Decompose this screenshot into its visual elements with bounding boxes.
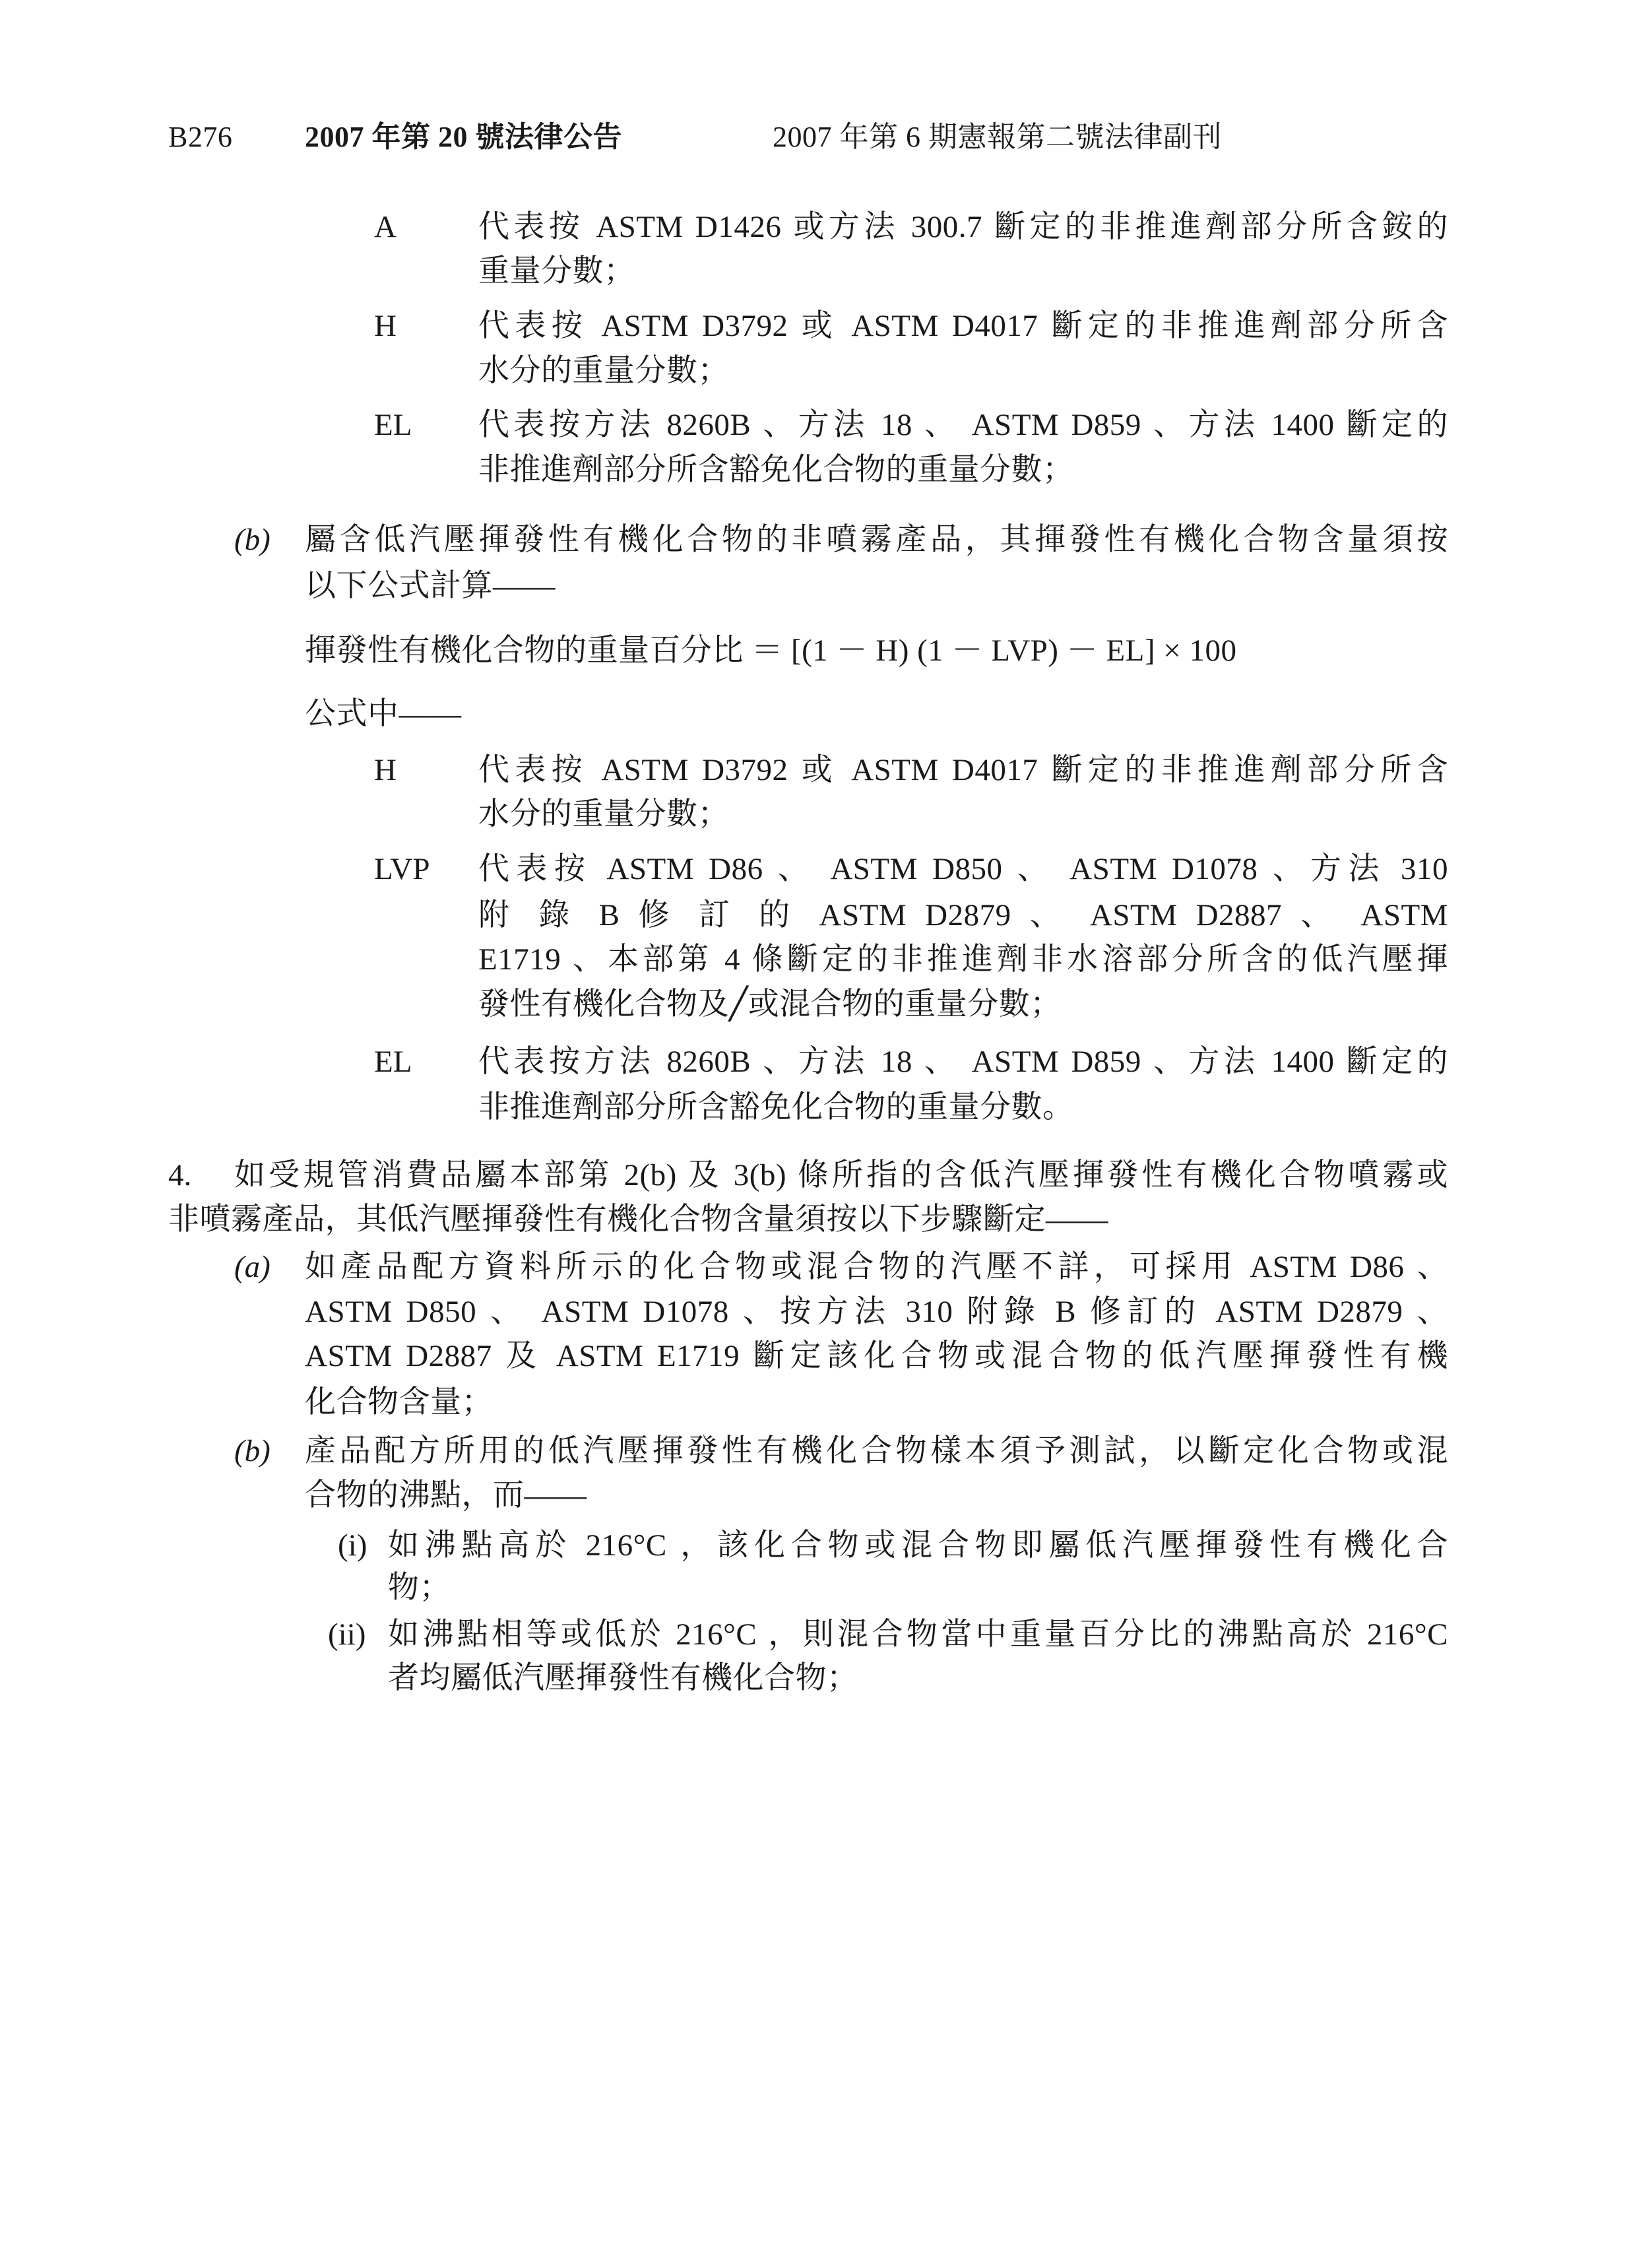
definition-text-line: 非推進劑部分所含豁免化合物的重量分數； bbox=[478, 450, 1074, 490]
definition-text-line: 水分的重量分數； bbox=[478, 794, 729, 834]
definition-text-line: 代表按方法 8260B 、方法 18 、 ASTM D859 、方法 1400 … bbox=[478, 1042, 1448, 1082]
definition-text-line: 代表按方法 8260B 、方法 18 、 ASTM D859 、方法 1400 … bbox=[478, 405, 1448, 445]
definition-text-line: 水分的重量分數； bbox=[478, 351, 729, 391]
subitem-text-line: 者均屬低汽壓揮發性有機化合物； bbox=[388, 1658, 858, 1698]
item-text-line: 如產品配方資料所示的化合物或混合物的汽壓不詳，可採用 ASTM D86 、 bbox=[305, 1247, 1448, 1287]
item-text-line: 產品配方所用的低汽壓揮發性有機化合物樣本須予測試，以斷定化合物或混 bbox=[305, 1431, 1448, 1471]
definition-label: EL bbox=[374, 1042, 412, 1082]
formula: 揮發性有機化合物的重量百分比 ＝ [(1 － H) (1 － LVP) － EL… bbox=[305, 631, 1237, 670]
definition-text-line: 重量分數； bbox=[478, 251, 635, 291]
subitem-text-line: 物； bbox=[388, 1568, 451, 1607]
definition-text-line: 附 錄 B 修 訂 的 ASTM D2879 、 ASTM D2887 、 AS… bbox=[478, 895, 1448, 935]
item-marker: (b) bbox=[234, 1431, 271, 1471]
subitem-text-line: 如沸點高於 216°C ，該化合物或混合物即屬低汽壓揮發性有機化合 bbox=[388, 1526, 1448, 1565]
definition-label: H bbox=[374, 306, 397, 346]
definition-text-line: 代表按 ASTM D86 、 ASTM D850 、 ASTM D1078 、方… bbox=[478, 849, 1448, 889]
subitem-text-line: 如沸點相等或低於 216°C ，則混合物當中重量百分比的沸點高於 216°C bbox=[388, 1615, 1448, 1654]
definition-text-line: 代表按 ASTM D3792 或 ASTM D4017 斷定的非推進劑部分所含 bbox=[478, 750, 1448, 790]
section-text-line: 如受規管消費品屬本部第 2(b) 及 3(b) 條所指的含低汽壓揮發性有機化合物… bbox=[234, 1155, 1448, 1195]
definition-label: A bbox=[374, 207, 397, 247]
definition-label: H bbox=[374, 750, 397, 790]
paragraph-marker: (b) bbox=[234, 520, 271, 560]
section-number: 4. bbox=[168, 1155, 191, 1195]
subitem-marker: (ii) bbox=[328, 1615, 366, 1654]
item-text-line: 化合物含量； bbox=[305, 1382, 493, 1422]
definition-text-line: 代表按 ASTM D3792 或 ASTM D4017 斷定的非推進劑部分所含 bbox=[478, 306, 1448, 346]
definition-label: LVP bbox=[374, 849, 430, 889]
item-text-line: ASTM D2887 及 ASTM E1719 斷定該化合物或混合物的低汽壓揮發… bbox=[305, 1336, 1448, 1376]
definition-text-line: 非推進劑部分所含豁免化合物的重量分數。 bbox=[478, 1087, 1074, 1127]
document-page: B276 2007 年第 20 號法律公告 2007 年第 6 期憲報第二號法律… bbox=[0, 0, 1627, 2268]
definition-text-line: E1719 、本部第 4 條斷定的非推進劑非水溶部分所含的低汽壓揮 bbox=[478, 940, 1448, 979]
where-label: 公式中—— bbox=[305, 694, 462, 734]
definition-text-line: 發性有機化合物及╱或混合物的重量分數； bbox=[478, 985, 1062, 1024]
section-text-line: 非噴霧產品，其低汽壓揮發性有機化合物含量須按以下步驟斷定—— bbox=[168, 1200, 1108, 1239]
item-text-line: 合物的沸點，而—— bbox=[305, 1475, 587, 1515]
definition-text-line: 代表按 ASTM D1426 或方法 300.7 斷定的非推進劑部分所含銨的 bbox=[478, 207, 1448, 247]
gazette-title: 2007 年第 6 期憲報第二號法律副刊 bbox=[773, 119, 1222, 156]
item-text-line: ASTM D850 、 ASTM D1078 、按方法 310 附錄 B 修訂的… bbox=[305, 1292, 1448, 1332]
item-marker: (a) bbox=[234, 1247, 271, 1287]
definition-label: EL bbox=[374, 405, 412, 445]
paragraph-text-line: 屬含低汽壓揮發性有機化合物的非噴霧產品，其揮發性有機化合物含量須按 bbox=[305, 520, 1448, 560]
page-number: B276 bbox=[168, 119, 232, 156]
subitem-marker: (i) bbox=[338, 1526, 367, 1565]
notice-title: 2007 年第 20 號法律公告 bbox=[305, 119, 622, 156]
paragraph-text-line: 以下公式計算—— bbox=[305, 566, 556, 606]
